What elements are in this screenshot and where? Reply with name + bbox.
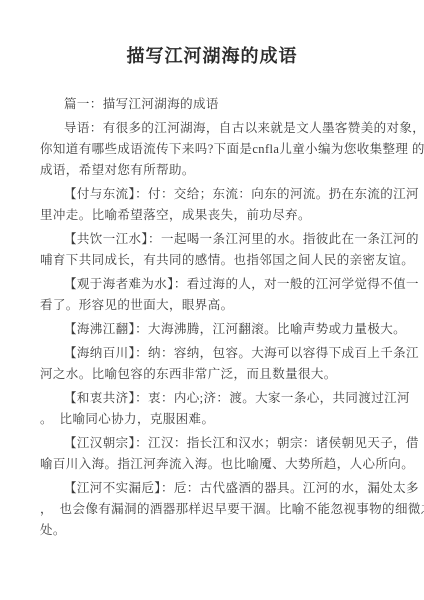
paragraph-line: 【海沸江翻】：大海沸腾，江河翻滚。比喻声势或力量极大。: [40, 319, 386, 340]
document-body: 篇一：描写江河湖海的成语导语：有很多的江河湖海，自古以来就是文人墨客赞美的对象，…: [0, 94, 424, 541]
paragraph: 【江汉朝宗】：江汉：指长江和汉水；朝宗：诸侯朝见天子，借喻百川入海。指江河奔流入…: [40, 433, 386, 475]
paragraph-line: 【和衷共济】：衷：内心;济：渡。大家一条心，共同渡过江河: [40, 388, 386, 409]
paragraph-line: 河之水。比喻包容的东西非常广泛，而且数量很大。: [40, 364, 386, 385]
paragraph: 【观于海者难为水】：看过海的人，对一般的江河学觉得不值一看了。形容见的世面大，眼…: [40, 274, 386, 316]
paragraph-line: 导语：有很多的江河湖海，自古以来就是文人墨客赞美的对象，: [40, 118, 386, 139]
paragraph: 【海纳百川】：纳：容纳，包容。大海可以容得下成百上千条江河之水。比喻包容的东西非…: [40, 343, 386, 385]
paragraph-line: 【观于海者难为水】：看过海的人，对一般的江河学觉得不值一: [40, 274, 386, 295]
paragraph-line: 你知道有哪些成语流传下来吗?下面是cnfla儿童小编为您收集整理 的: [40, 139, 386, 160]
paragraph-line: 喻百川入海。指江河奔流入海。也比喻魇、大势所趋，人心所向。: [40, 454, 386, 475]
paragraph-line: 哺育下共同成长，有共同的感情。也指邻国之间人民的亲密友谊。: [40, 250, 386, 271]
paragraph-line: ， 也会像有漏洞的酒器那样迟早要干涸。比喻不能忽视事物的细微之: [40, 499, 386, 520]
paragraph: 【海沸江翻】：大海沸腾，江河翻滚。比喻声势或力量极大。: [40, 319, 386, 340]
paragraph-line: 成语，希望对您有所帮助。: [40, 160, 386, 181]
paragraph-line: 【江河不实漏卮】：卮：古代盛酒的器具。江河的水，漏处太多: [40, 478, 386, 499]
paragraph-line: 里冲走。比喻希望落空，成果丧失，前功尽弃。: [40, 205, 386, 226]
document-page: 描写江河湖海的成语 篇一：描写江河湖海的成语导语：有很多的江河湖海，自古以来就是…: [0, 0, 424, 600]
paragraph-line: 【海纳百川】：纳：容纳，包容。大海可以容得下成百上千条江: [40, 343, 386, 364]
paragraph-line: 【江汉朝宗】：江汉：指长江和汉水；朝宗：诸侯朝见天子，借: [40, 433, 386, 454]
paragraph-line: 【共饮一江水】：一起喝一条江河里的水。指彼此在一条江河的: [40, 229, 386, 250]
document-title: 描写江河湖海的成语: [0, 0, 424, 68]
paragraph: 【共饮一江水】：一起喝一条江河里的水。指彼此在一条江河的哺育下共同成长，有共同的…: [40, 229, 386, 271]
paragraph: 篇一：描写江河湖海的成语: [40, 94, 386, 115]
paragraph: 导语：有很多的江河湖海，自古以来就是文人墨客赞美的对象，你知道有哪些成语流传下来…: [40, 118, 386, 181]
paragraph-line: 篇一：描写江河湖海的成语: [40, 94, 386, 115]
paragraph: 【和衷共济】：衷：内心;济：渡。大家一条心，共同渡过江河。 比喻同心协力，克服困…: [40, 388, 386, 430]
paragraph-line: 看了。形容见的世面大，眼界高。: [40, 295, 386, 316]
paragraph-line: 。 比喻同心协力，克服困难。: [40, 409, 386, 430]
paragraph-line: 【付与东流】：付：交给；东流：向东的河流。扔在东流的江河: [40, 184, 386, 205]
paragraph: 【江河不实漏卮】：卮：古代盛酒的器具。江河的水，漏处太多， 也会像有漏洞的酒器那…: [40, 478, 386, 541]
paragraph: 【付与东流】：付：交给；东流：向东的河流。扔在东流的江河里冲走。比喻希望落空，成…: [40, 184, 386, 226]
paragraph-line: 处。: [40, 520, 386, 541]
